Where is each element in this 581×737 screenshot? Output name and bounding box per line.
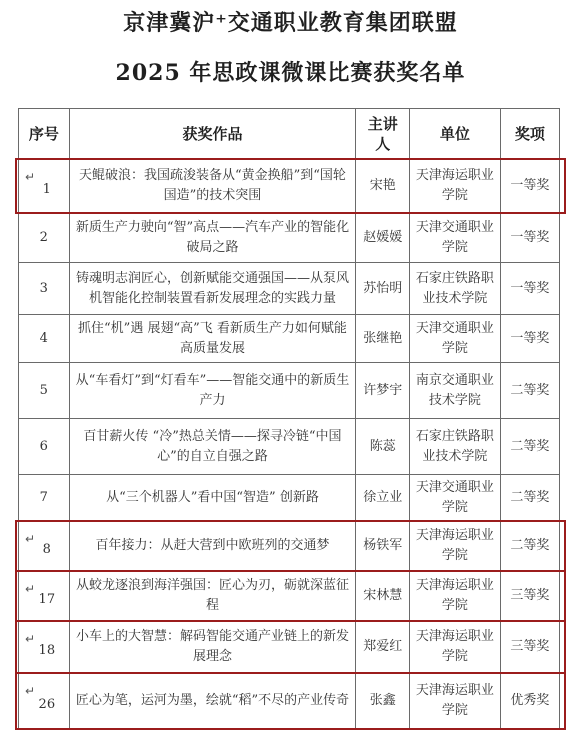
award-level: 二等奖 [500, 521, 559, 571]
row-number: 4 [19, 315, 70, 363]
unit-name: 天津海运职业学院 [410, 159, 501, 213]
document-subtitle: 2025 年思政课微课比赛获奖名单 [0, 56, 581, 87]
unit-name: 天津海运职业学院 [410, 521, 501, 571]
row-number-value: 1 [43, 180, 51, 200]
row-number: ↵18 [19, 621, 70, 673]
speaker-name: 张继艳 [356, 315, 410, 363]
table-row: 4抓住“机”遇 展翅“高”飞 看新质生产力如何赋能高质量发展张继艳天津交通职业学… [19, 315, 560, 363]
award-level: 一等奖 [500, 263, 559, 315]
header-unit: 单位 [410, 109, 501, 159]
award-work-title: 新质生产力驶向“智”高点——汽车产业的智能化破局之路 [69, 213, 356, 263]
row-number: ↵17 [19, 571, 70, 621]
table-row: ↵17从蛟龙逐浪到海洋强国：匠心为刃，砺就深蓝征程宋林慧天津海运职业学院三等奖 [19, 571, 560, 621]
unit-name: 天津交通职业学院 [410, 213, 501, 263]
speaker-name: 赵媛媛 [356, 213, 410, 263]
return-arrow-icon: ↵ [25, 579, 35, 599]
award-level: 一等奖 [500, 213, 559, 263]
award-work-title: 百甘薪火传 “冷”热总关情——探寻冷链“中国心”的自立自强之路 [69, 419, 356, 475]
unit-name: 天津交通职业学院 [410, 475, 501, 521]
return-arrow-icon: ↵ [25, 167, 35, 187]
speaker-name: 陈蕊 [356, 419, 410, 475]
award-work-title: 匠心为笔，运河为墨，绘就“稻”不尽的产业传奇 [69, 673, 356, 729]
award-level: 二等奖 [500, 419, 559, 475]
award-list-table: 序号 获奖作品 主讲人 单位 奖项 ↵1天鲲破浪：我国疏浚装备从“黄金换船”到“… [18, 108, 560, 729]
unit-name: 石家庄铁路职业技术学院 [410, 419, 501, 475]
table-row: 6百甘薪火传 “冷”热总关情——探寻冷链“中国心”的自立自强之路陈蕊石家庄铁路职… [19, 419, 560, 475]
return-arrow-icon: ↵ [25, 529, 35, 549]
row-number: 7 [19, 475, 70, 521]
speaker-name: 苏怡明 [356, 263, 410, 315]
award-work-title: 从“三个机器人”看中国“智造” 创新路 [69, 475, 356, 521]
return-arrow-icon: ↵ [25, 629, 35, 649]
speaker-name: 张鑫 [356, 673, 410, 729]
row-number-value: 8 [43, 540, 51, 560]
table-row: ↵18小车上的大智慧：解码智能交通产业链上的新发展理念郑爱红天津海运职业学院三等… [19, 621, 560, 673]
speaker-name: 杨铁军 [356, 521, 410, 571]
table-row: 7从“三个机器人”看中国“智造” 创新路徐立业天津交通职业学院二等奖 [19, 475, 560, 521]
unit-name: 石家庄铁路职业技术学院 [410, 263, 501, 315]
row-number: ↵8 [19, 521, 70, 571]
award-level: 三等奖 [500, 621, 559, 673]
speaker-name: 宋林慧 [356, 571, 410, 621]
award-work-title: 从“车看灯”到“灯看车”——智能交通中的新质生产力 [69, 363, 356, 419]
table-row: ↵1天鲲破浪：我国疏浚装备从“黄金换船”到“国轮国造”的技术突围宋艳天津海运职业… [19, 159, 560, 213]
row-number-value: 18 [39, 641, 56, 661]
speaker-name: 郑爱红 [356, 621, 410, 673]
header-award: 奖项 [500, 109, 559, 159]
document-title: 京津冀沪⁺交通职业教育集团联盟 [0, 6, 581, 37]
award-work-title: 天鲲破浪：我国疏浚装备从“黄金换船”到“国轮国造”的技术突围 [69, 159, 356, 213]
speaker-name: 许梦宇 [356, 363, 410, 419]
speaker-name: 宋艳 [356, 159, 410, 213]
award-work-title: 从蛟龙逐浪到海洋强国：匠心为刃，砺就深蓝征程 [69, 571, 356, 621]
unit-name: 天津海运职业学院 [410, 571, 501, 621]
speaker-name: 徐立业 [356, 475, 410, 521]
header-no: 序号 [19, 109, 70, 159]
award-work-title: 百年接力：从赶大营到中欧班列的交通梦 [69, 521, 356, 571]
award-level: 一等奖 [500, 315, 559, 363]
award-level: 优秀奖 [500, 673, 559, 729]
table-row: 3铸魂明志润匠心，创新赋能交通强国——从泵风机智能化控制装置看新发展理念的实践力… [19, 263, 560, 315]
header-work: 获奖作品 [69, 109, 356, 159]
row-number-value: 17 [39, 590, 56, 610]
award-work-title: 抓住“机”遇 展翅“高”飞 看新质生产力如何赋能高质量发展 [69, 315, 356, 363]
award-work-title: 铸魂明志润匠心，创新赋能交通强国——从泵风机智能化控制装置看新发展理念的实践力量 [69, 263, 356, 315]
award-level: 一等奖 [500, 159, 559, 213]
table-row: ↵8百年接力：从赶大营到中欧班列的交通梦杨铁军天津海运职业学院二等奖 [19, 521, 560, 571]
award-level: 二等奖 [500, 363, 559, 419]
award-level: 二等奖 [500, 475, 559, 521]
return-arrow-icon: ↵ [25, 681, 35, 701]
award-work-title: 小车上的大智慧：解码智能交通产业链上的新发展理念 [69, 621, 356, 673]
row-number-value: 26 [39, 695, 56, 715]
row-number: ↵26 [19, 673, 70, 729]
unit-name: 南京交通职业技术学院 [410, 363, 501, 419]
row-number: 5 [19, 363, 70, 419]
table-row: 5从“车看灯”到“灯看车”——智能交通中的新质生产力许梦宇南京交通职业技术学院二… [19, 363, 560, 419]
table-row: 2新质生产力驶向“智”高点——汽车产业的智能化破局之路赵媛媛天津交通职业学院一等… [19, 213, 560, 263]
row-number: 3 [19, 263, 70, 315]
row-number: ↵1 [19, 159, 70, 213]
row-number: 6 [19, 419, 70, 475]
row-number: 2 [19, 213, 70, 263]
table-header-row: 序号 获奖作品 主讲人 单位 奖项 [19, 109, 560, 159]
unit-name: 天津海运职业学院 [410, 621, 501, 673]
unit-name: 天津海运职业学院 [410, 673, 501, 729]
award-level: 三等奖 [500, 571, 559, 621]
header-speaker: 主讲人 [356, 109, 410, 159]
unit-name: 天津交通职业学院 [410, 315, 501, 363]
table-row: ↵26匠心为笔，运河为墨，绘就“稻”不尽的产业传奇张鑫天津海运职业学院优秀奖 [19, 673, 560, 729]
